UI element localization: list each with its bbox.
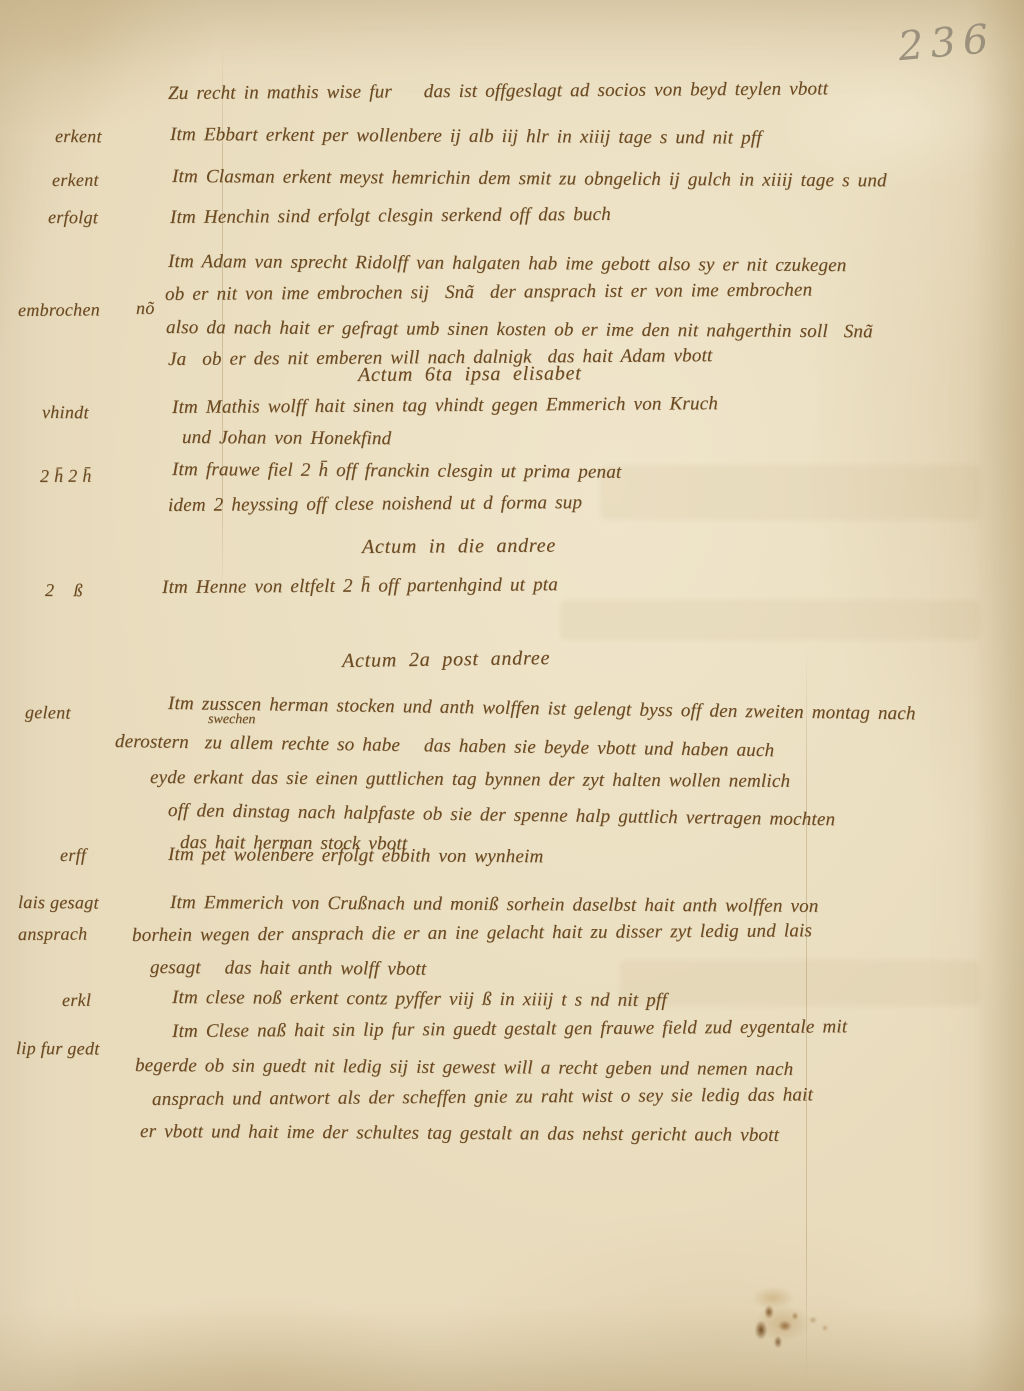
entry-line: Zu recht in mathis wise fur das ist offg…	[168, 79, 828, 103]
folio-number: 236	[896, 16, 997, 70]
section-heading: Actum 2a post andree	[342, 647, 551, 673]
margin-note: lip fur gedt	[16, 1038, 100, 1060]
entry-line: Itm Adam van sprecht Ridolff van halgate…	[168, 252, 847, 275]
entry-line: also da nach hait er gefragt umb sinen k…	[166, 318, 873, 341]
entry-line: Itm Mathis wolff hait sinen tag vhindt g…	[172, 394, 718, 417]
margin-note: embrochen	[18, 299, 100, 321]
entry-line: Itm Clese naß hait sin lip fur sin guedt…	[172, 1017, 847, 1041]
margin-note: ansprach	[18, 924, 88, 945]
ink-bleedthrough	[600, 465, 980, 520]
entry-line: borhein wegen der ansprach die er an ine…	[132, 921, 812, 945]
margin-note-side: nõ	[136, 298, 155, 319]
ink-stain	[733, 1268, 853, 1368]
manuscript-page: 236 Zu recht in mathis wise fur das ist …	[0, 0, 1024, 1391]
ink-bleedthrough	[560, 600, 980, 640]
margin-note: 2 ß	[45, 580, 83, 601]
margin-note: vhindt	[42, 402, 89, 423]
margin-note: erkent	[52, 170, 99, 191]
margin-note: 2 h̄ 2 h̄	[40, 466, 92, 487]
margin-note: erfolgt	[48, 207, 98, 228]
entry-line: gesagt das hait anth wolff vbott	[150, 958, 427, 979]
section-heading: Actum 6ta ipsa elisabet	[358, 362, 582, 387]
entry-line: Itm Henne von eltfelt 2 h̄ off partenhgi…	[162, 575, 558, 597]
margin-note: erff	[60, 845, 86, 866]
fold-crease	[806, 640, 807, 1390]
entry-line: Itm Clasman erkent meyst hemrichin dem s…	[172, 167, 887, 190]
entry-line: er vbott und hait ime der schultes tag g…	[140, 1122, 779, 1145]
entry-line: Itm Emmerich von Crußnach und moniß sorh…	[170, 893, 819, 916]
entry-line: idem 2 heyssing off clese noishend ut d …	[168, 493, 582, 515]
entry-line: ansprach und antwort als der scheffen gn…	[152, 1085, 813, 1109]
margin-note: erkl	[62, 990, 91, 1011]
margin-note: lais gesagt	[18, 892, 99, 913]
ink-bleedthrough	[620, 960, 980, 1006]
entry-line: und Johan von Honekfind	[182, 428, 391, 448]
entry-line: Itm pet wolenbere erfolgt ebbith von wyn…	[168, 845, 544, 866]
entry-line: Itm clese noß erkent contz pyffer viij ß…	[172, 988, 667, 1010]
margin-note: gelent	[25, 702, 71, 724]
entry-line: ob er nit von ime embrochen sij Snã der …	[165, 280, 812, 304]
entry-line: Itm frauwe fiel 2 h̄ off franckin clesgi…	[172, 460, 622, 482]
entry-line: begerde ob sin guedt nit ledig sij ist g…	[135, 1056, 793, 1079]
entry-line: Itm Ebbart erkent per wollenbere ij alb …	[170, 125, 762, 148]
entry-line: eyde erkant das sie einen guttlichen tag…	[150, 768, 790, 791]
entry-line: Itm Henchin sind erfolgt clesgin serkend…	[170, 205, 611, 227]
margin-note: erkent	[55, 126, 102, 147]
entry-line: Itm zusscen herman stocken und anth wolf…	[168, 694, 916, 723]
entry-line: derostern zu allem rechte so habe das ha…	[115, 732, 775, 760]
section-heading: Actum in die andree	[362, 535, 556, 559]
entry-line: off den dinstag nach halpfaste ob sie de…	[168, 801, 835, 829]
